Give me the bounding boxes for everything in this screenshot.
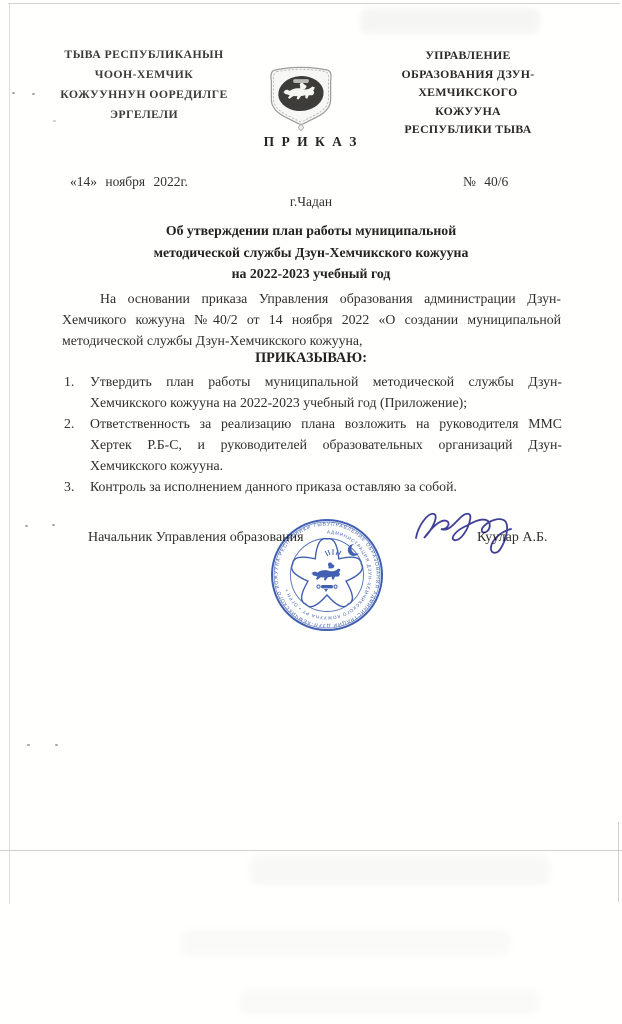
scan-speck <box>52 524 55 526</box>
letterhead-line: ОБРАЗОВАНИЯ ДЗУН- <box>366 65 570 84</box>
bleed-through-blob <box>180 930 510 956</box>
scan-speck <box>32 93 35 95</box>
round-seal-stamp-icon: УПРАВЛЕНИЕ ОБРАЗОВАНИЯ АДМИНИСТРАЦИИ ДЗУ… <box>267 515 387 635</box>
order-title-line: методической службы Дзун-Хемчикского кож… <box>61 242 561 264</box>
order-item: Ответственность за реализацию плана возл… <box>86 413 562 476</box>
letterhead-line: КОЖУУННУН ООРЕДИЛГЕ <box>46 84 242 104</box>
bleed-through-blob <box>240 990 540 1014</box>
scanned-order-document: ТЫВА РЕСПУБЛИКАНЫН ЧООН-ХЕМЧИК КОЖУУННУН… <box>0 0 622 1024</box>
letterhead-line: КОЖУУНА <box>366 102 570 121</box>
tuva-coat-of-arms-icon <box>262 63 340 131</box>
order-number: № 40/6 <box>463 174 508 190</box>
scan-speck <box>25 525 28 527</box>
order-item-text: Утвердить план работы муниципальной мето… <box>90 374 562 410</box>
scan-artifact-line <box>8 3 620 4</box>
scan-artifact-line <box>618 822 619 902</box>
resolve-word: ПРИКАЗЫВАЮ: <box>0 350 622 367</box>
letterhead-line: ЧООН-ХЕМЧИК <box>46 64 242 84</box>
document-type-heading: П Р И К А З <box>0 134 622 150</box>
scan-speck <box>55 744 58 746</box>
bleed-through-blob <box>250 855 550 885</box>
order-title-line: Об утверждении план работы муниципальной <box>61 220 561 242</box>
letterhead-line: ТЫВА РЕСПУБЛИКАНЫН <box>46 44 242 64</box>
letterhead-line: ЭРГЕЛЕЛИ <box>46 104 242 124</box>
order-item-text: Ответственность за реализацию плана возл… <box>90 416 562 473</box>
letterhead-russian: УПРАВЛЕНИЕ ОБРАЗОВАНИЯ ДЗУН- ХЕМЧИКСКОГО… <box>366 46 570 139</box>
order-item: Утвердить план работы муниципальной мето… <box>86 371 562 413</box>
bleed-through-blob <box>360 8 540 34</box>
order-item-text: Контроль за исполнением данного приказа … <box>90 479 457 494</box>
order-date: «14» ноября 2022г. <box>70 174 188 190</box>
signature-scribble-icon <box>408 502 526 564</box>
order-title-line: на 2022-2023 учебный год <box>61 263 561 285</box>
scan-speck <box>12 92 15 94</box>
order-preamble: На основании приказа Управления образова… <box>62 288 561 351</box>
letterhead-tuvan: ТЫВА РЕСПУБЛИКАНЫН ЧООН-ХЕМЧИК КОЖУУННУН… <box>46 44 242 124</box>
letterhead-line: УПРАВЛЕНИЕ <box>366 46 570 65</box>
letterhead-line: ХЕМЧИКСКОГО <box>366 83 570 102</box>
scan-speck <box>27 744 30 746</box>
order-directives: Утвердить план работы муниципальной мето… <box>62 371 562 497</box>
order-title: Об утверждении план работы муниципальной… <box>61 220 561 285</box>
order-item: Контроль за исполнением данного приказа … <box>86 476 562 497</box>
scan-artifact-line <box>0 850 622 851</box>
city-name: г.Чадан <box>0 194 622 210</box>
